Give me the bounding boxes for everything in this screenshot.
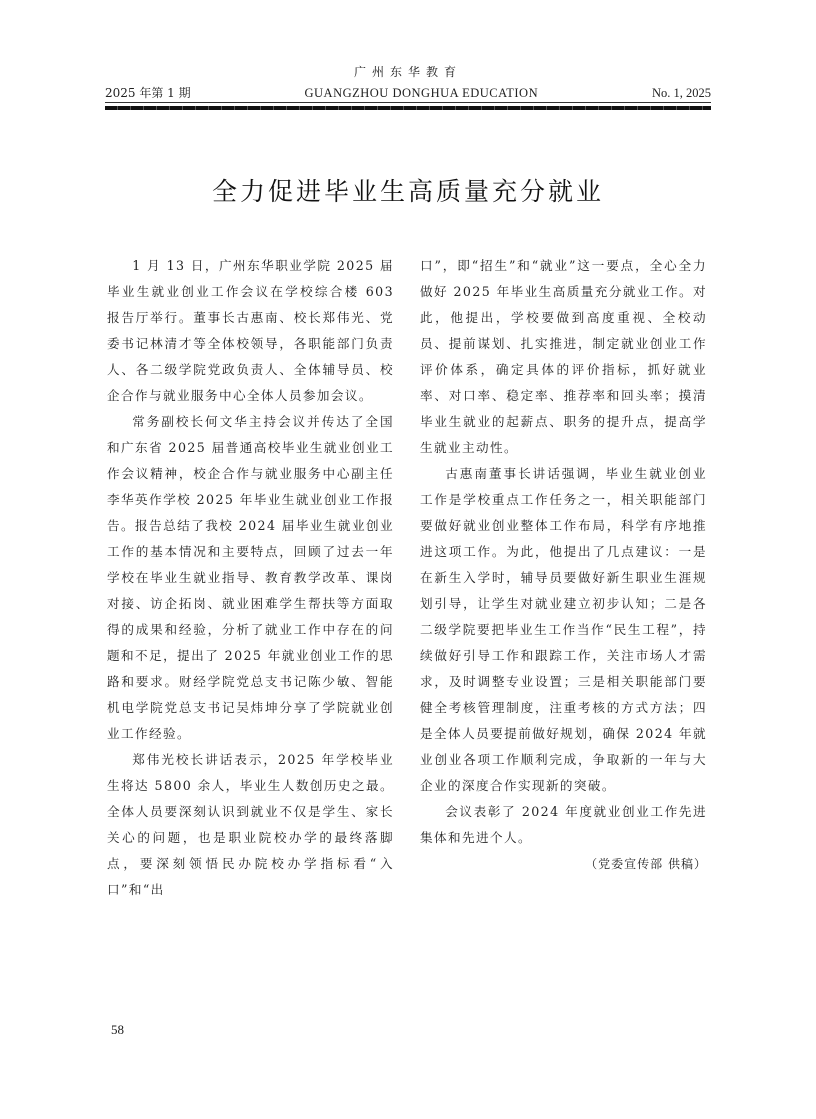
page-number: 58 — [111, 1022, 124, 1038]
paragraph: 1 月 13 日，广州东华职业学院 2025 届毕业生就业创业工作会议在学校综合… — [107, 253, 394, 409]
header-rule-thin — [105, 102, 711, 103]
article-title: 全力促进毕业生高质量充分就业 — [0, 172, 816, 208]
paragraph-continued: 口”，即“招生”和“就业”这一要点，全心全力做好 2025 年毕业生高质量充分就… — [420, 253, 707, 461]
paragraph: 古惠南董事长讲话强调，毕业生就业创业工作是学校重点工作任务之一，相关职能部门要做… — [420, 461, 707, 799]
article-credit: （党委宣传部 供稿） — [420, 851, 707, 877]
header-rule-thick — [105, 106, 711, 110]
paragraph: 常务副校长何文华主持会议并传达了全国和广东省 2025 届普通高校毕业生就业创业… — [107, 409, 394, 747]
journal-name-en: GUANGZHOU DONGHUA EDUCATION — [304, 86, 538, 101]
paragraph: 会议表彰了 2024 年度就业创业工作先进集体和先进个人。 — [420, 799, 707, 851]
right-column: 口”，即“招生”和“就业”这一要点，全心全力做好 2025 年毕业生高质量充分就… — [420, 253, 707, 877]
issue-label-cn: 2025 年第 1 期 — [105, 84, 191, 101]
journal-name-cn: 广州东华教育 — [105, 64, 711, 80]
issue-label-en: No. 1, 2025 — [652, 86, 711, 101]
header-row: 2025 年第 1 期 GUANGZHOU DONGHUA EDUCATION … — [105, 84, 711, 101]
left-column: 1 月 13 日，广州东华职业学院 2025 届毕业生就业创业工作会议在学校综合… — [107, 253, 394, 903]
running-header: 广州东华教育 2025 年第 1 期 GUANGZHOU DONGHUA EDU… — [105, 64, 711, 101]
paragraph: 郑伟光校长讲话表示，2025 年学校毕业生将达 5800 余人，毕业生人数创历史… — [107, 747, 394, 903]
